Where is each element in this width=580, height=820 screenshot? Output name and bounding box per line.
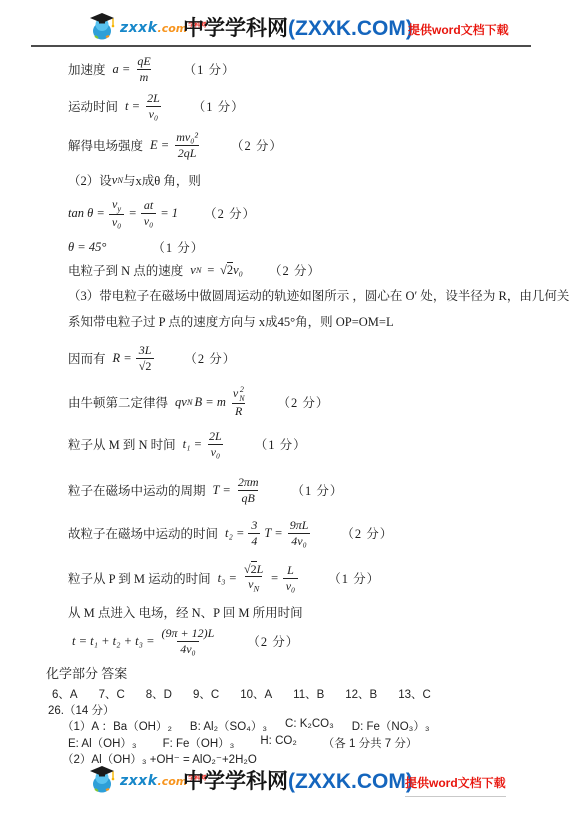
phys-line-field-strength: 解得电场强度 E = mv₀²2qL （2 分） xyxy=(68,127,283,163)
radical-sign: √ xyxy=(220,263,227,278)
line-label: 加速度 xyxy=(68,60,106,78)
chem-q26-heading: 26.（14 分） xyxy=(48,702,114,718)
formula: θ = 45° xyxy=(68,240,106,255)
fraction: 2Lv₀ xyxy=(206,429,225,459)
chem-item: E: Al（OH）₃ xyxy=(68,735,137,751)
footer-site-title: 中学学科网(ZXXK.COM) xyxy=(183,765,413,795)
chem-row-2: E: Al（OH）₃ F: Fe（OH）₃ H: CO₂ （各 1 分共 7 分… xyxy=(68,735,417,751)
score-label: （1 分） xyxy=(193,97,245,115)
zxxk-logo-icon xyxy=(88,764,118,798)
line-label: 因而有 xyxy=(68,349,106,367)
chem-answers-row: 6、A 7、C 8、D 9、C 10、A 11、B 12、B 13、C xyxy=(52,686,431,702)
text: 从 M 点进入 电场，经 N、P 回 M 所用时间 xyxy=(68,603,303,621)
answer-item: 8、D xyxy=(146,686,172,702)
site-title-cn: 中学学科网 xyxy=(183,770,288,793)
line-label: 由牛顿第二定律得 xyxy=(68,393,168,411)
formula-lhs: T = xyxy=(213,483,231,498)
score-label: （1 分） xyxy=(152,238,204,256)
chem-item: C: K₂CO₃ xyxy=(285,718,334,734)
site-title-en: (ZXXK.COM) xyxy=(288,17,413,40)
line-label: 解得电场强度 xyxy=(68,136,143,154)
score-label: （2 分） xyxy=(269,261,321,279)
phys-line-motion-time: 运动时间 t = 2Lv₀ （1 分） xyxy=(68,89,245,123)
answer-item: 7、C xyxy=(99,686,125,702)
header-divider xyxy=(31,45,531,47)
answer-item: 10、A xyxy=(240,686,272,702)
text: 与x成θ 角，则 xyxy=(123,171,201,189)
formula-lhs: E = xyxy=(150,138,169,153)
phys-line-acceleration: 加速度 a = qEm （1 分） xyxy=(68,54,236,84)
fraction: atv₀ xyxy=(141,198,157,228)
line-label: 粒子从 M 到 N 时间 xyxy=(68,435,176,453)
fraction: √2LvN xyxy=(241,562,266,594)
chem-item: （各 1 分共 7 分） xyxy=(323,735,418,751)
site-title-en: (ZXXK.COM) xyxy=(288,770,413,793)
phys-line-summary-text: 从 M 点进入 电场，经 N、P 回 M 所用时间 xyxy=(68,603,303,621)
chem-item: H: CO₂ xyxy=(260,735,296,751)
phys-line-tan-theta: tan θ = vyv₀ = atv₀ = 1 （2 分） xyxy=(68,195,256,231)
score-label: （2 分） xyxy=(278,393,330,411)
phys-part3-paragraph-line2: 系知带电粒子过 P 点的速度方向与 x成45°角，则 OP=OM=L xyxy=(68,311,394,331)
formula-lhs: t₃ = xyxy=(218,571,237,586)
fraction: 9πL4v₀ xyxy=(287,518,312,548)
answer-item: 11、B xyxy=(293,686,324,702)
chem-section-title: 化学部分 答案 xyxy=(46,664,127,680)
line-label: 运动时间 xyxy=(68,97,118,115)
line-label: 电粒子到 N 点的速度 xyxy=(68,261,183,279)
header-promo-text: 提供word文档下载 xyxy=(408,21,509,38)
text: （3）带电粒子在磁场中做圆周运动的轨迹如图所示 ，圆心在 O′ 处，设半径为 R… xyxy=(68,286,569,304)
fraction: vyv₀ xyxy=(109,197,125,229)
score-label: （1 分） xyxy=(328,569,380,587)
score-label: （2 分） xyxy=(341,524,393,542)
phys-line-t3: 粒子从 P 到 M 运动的时间 t₃ = √2LvN = Lv₀ （1 分） xyxy=(68,558,380,598)
document-page: zxxk.com学科网 中学学科网(ZXXK.COM) 提供word文档下载 加… xyxy=(0,0,580,820)
phys-line-radius: 因而有 R = 3L√2 （2 分） xyxy=(68,339,236,377)
score-label: （2 分） xyxy=(247,632,299,650)
line-label: 粒子在磁场中运动的周期 xyxy=(68,481,206,499)
score-label: （1 分） xyxy=(292,481,344,499)
answer-item: 6、A xyxy=(52,686,78,702)
answer-item: 12、B xyxy=(345,686,377,702)
score-label: （2 分） xyxy=(204,204,256,222)
text: 系知带电粒子过 P 点的速度方向与 x成45°角，则 OP=OM=L xyxy=(68,312,394,330)
fraction: (9π + 12)L4v₀ xyxy=(159,626,218,656)
chem-row-1: （1）A ：Ba（OH）₂ B: Al₂（SO₄）₃ C: K₂CO₃ D: F… xyxy=(62,718,430,734)
phys-part2-heading: （2）设vN与x成θ 角，则 xyxy=(68,171,201,189)
fraction: 2πmqB xyxy=(235,475,262,505)
phys-line-period: 粒子在磁场中运动的周期 T = 2πmqB （1 分） xyxy=(68,473,343,507)
fraction: Lv₀ xyxy=(283,563,299,593)
formula-lhs: t = xyxy=(125,99,140,114)
phys-line-vN: 电粒子到 N 点的速度 vN = √2v₀ （2 分） xyxy=(68,258,321,282)
footer-promo-text: 提供word文档下载 xyxy=(405,774,506,797)
formula-lhs: tan θ = xyxy=(68,206,105,221)
site-title-cn: 中学学科网 xyxy=(183,17,288,40)
fraction: 34 xyxy=(248,518,260,548)
score-label: （2 分） xyxy=(231,136,283,154)
logo-text-main: zxxk xyxy=(120,773,158,789)
chem-item: D: Fe（NO₃）₃ xyxy=(352,718,430,734)
answer-item: 13、C xyxy=(398,686,431,702)
line-label: 粒子从 P 到 M 运动的时间 xyxy=(68,569,211,587)
score-label: （2 分） xyxy=(184,349,236,367)
chem-item: B: Al₂（SO₄）₃ xyxy=(190,718,267,734)
phys-line-newton-second-law: 由牛顿第二定律得 qvN B = m v2NR （2 分） xyxy=(68,384,329,420)
score-label: （1 分） xyxy=(184,60,236,78)
logo-text-main: zxxk xyxy=(120,20,158,36)
chem-item: F: Fe（OH）₃ xyxy=(163,735,235,751)
answer-item: 9、C xyxy=(193,686,219,702)
formula-lhs: t₁ = xyxy=(183,437,202,452)
phys-line-t2: 故粒子在磁场中运动的时间 t₂ = 34 T = 9πL4v₀ （2 分） xyxy=(68,515,393,551)
text: （2）设 xyxy=(68,171,112,189)
zxxk-logo-icon xyxy=(88,11,118,45)
formula-lhs: a = xyxy=(113,62,131,77)
formula-lhs: t = t₁ + t₂ + t₃ = xyxy=(72,634,155,649)
score-label: （1 分） xyxy=(255,435,307,453)
phys-line-total-time: t = t₁ + t₂ + t₃ = (9π + 12)L4v₀ （2 分） xyxy=(72,622,299,660)
fraction: v2NR xyxy=(230,385,248,419)
phys-part3-paragraph-line1: （3）带电粒子在磁场中做圆周运动的轨迹如图所示 ，圆心在 O′ 处，设半径为 R… xyxy=(68,285,569,305)
line-label: 故粒子在磁场中运动的时间 xyxy=(68,524,218,542)
formula-lhs: t₂ = xyxy=(225,526,244,541)
fraction: qEm xyxy=(134,54,153,84)
fraction: mv₀²2qL xyxy=(173,130,201,160)
phys-line-t1: 粒子从 M 到 N 时间 t₁ = 2Lv₀ （1 分） xyxy=(68,427,307,461)
fraction: 3L√2 xyxy=(136,343,155,373)
fraction: 2Lv₀ xyxy=(144,91,163,121)
phys-line-theta45: θ = 45° （1 分） xyxy=(68,238,204,256)
chem-item: （1）A ：Ba（OH）₂ xyxy=(62,718,172,734)
site-title: 中学学科网(ZXXK.COM) xyxy=(183,12,413,42)
formula-lhs: R = xyxy=(113,351,132,366)
